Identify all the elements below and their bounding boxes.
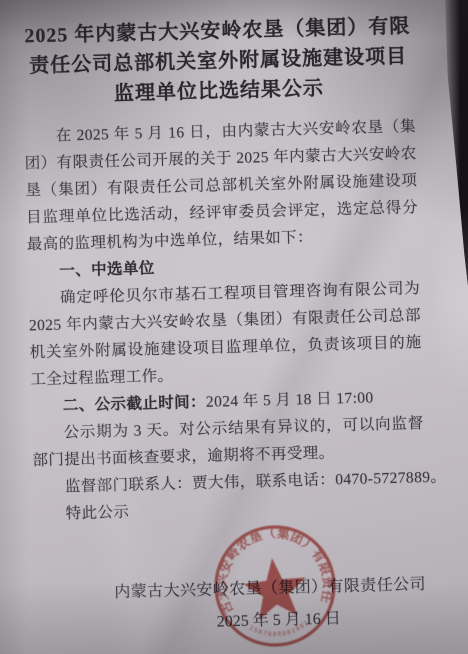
document-photo: 2025 年内蒙古大兴安岭农垦（集团）有限责任公司总部机关室外附属设施建设项目监… (0, 0, 468, 654)
star-icon (241, 555, 310, 621)
page-title: 2025 年内蒙古大兴安岭农垦（集团）有限责任公司总部机关室外附属设施建设项目监… (24, 11, 412, 111)
section1-body: 确定呼伦贝尔市基石工程项目管理咨询有限公司为 2025 年内蒙古大兴安岭农垦（集… (28, 275, 423, 393)
intro-paragraph: 在 2025 年 5 月 16 日，由内蒙古大兴安岭农垦（集团）有限责任公司开展… (24, 113, 419, 258)
section2-deadline: 2024 年 5 月 18 日 17:00 (206, 389, 374, 410)
document-paper: 2025 年内蒙古大兴安岭农垦（集团）有限责任公司总部机关室外附属设施建设项目监… (0, 0, 468, 654)
official-seal: 内蒙古大兴安岭农垦（集团）有限责任公司 1507000001082 (200, 511, 349, 654)
section2-heading: 二、公示截止时间： (63, 394, 207, 415)
